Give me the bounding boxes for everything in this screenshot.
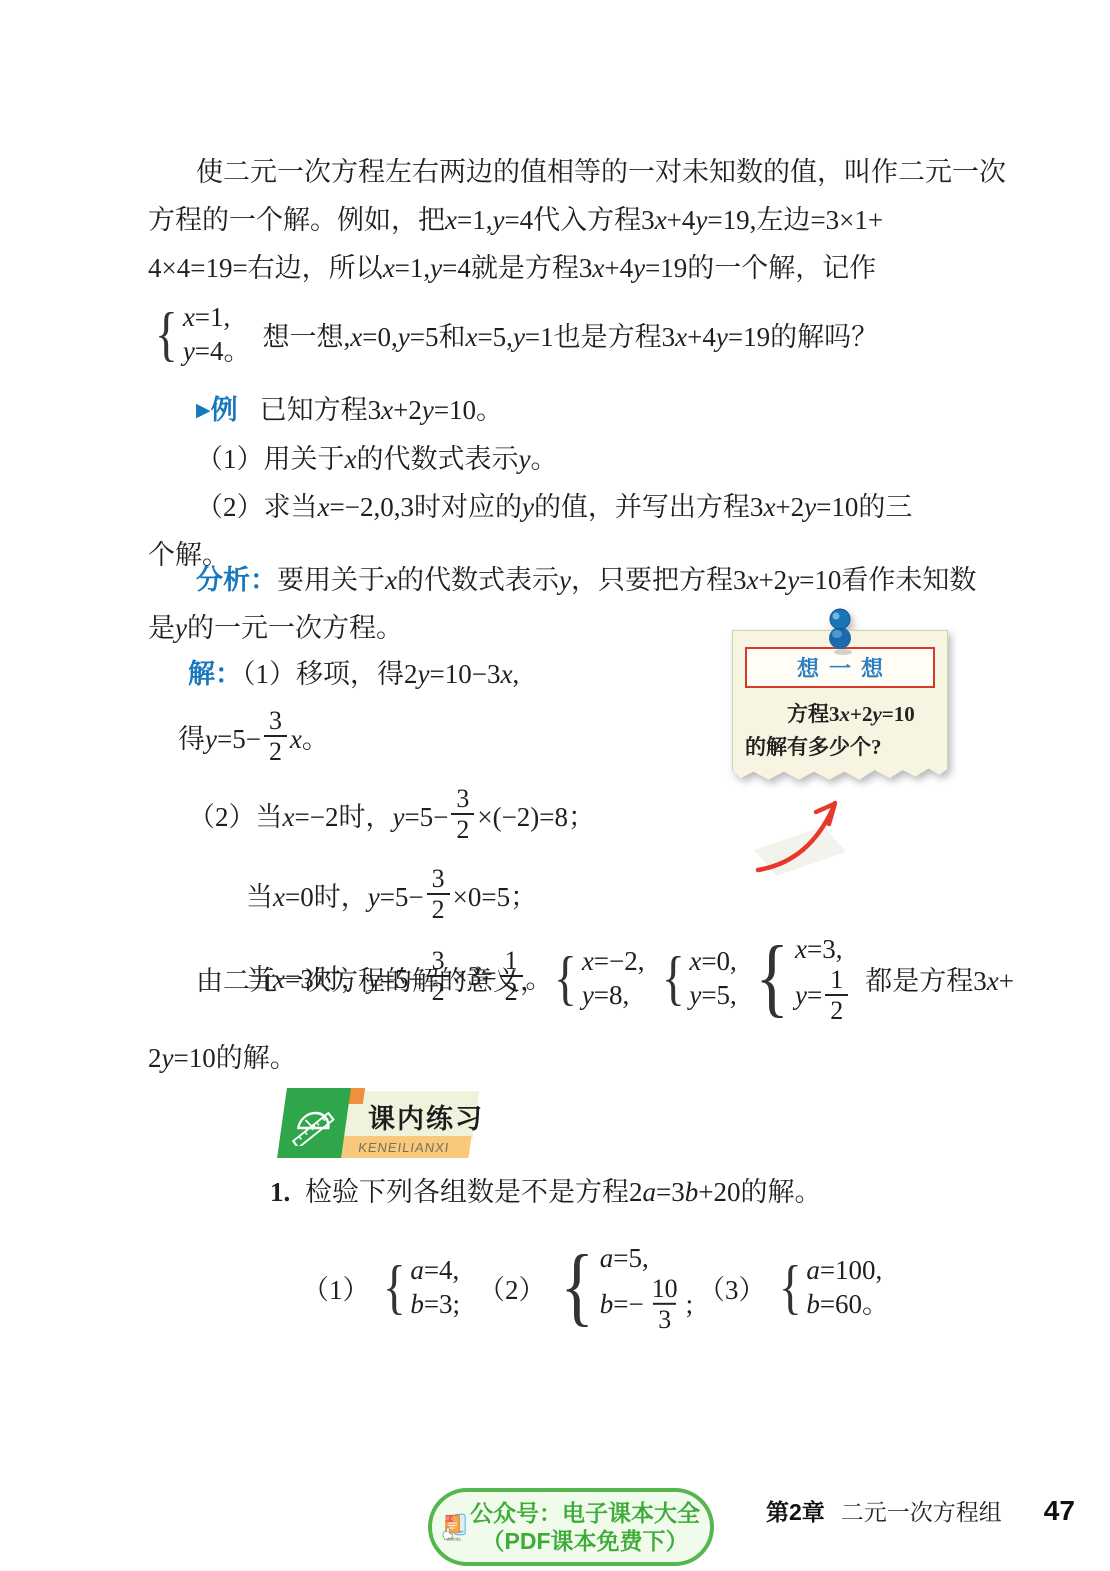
analysis-line-1: 分析：要用关于x的代数式表示y，只要把方程3x+2y=10看作未知数 [148, 556, 988, 604]
equation-system: x=3, y= 12 [751, 932, 851, 1024]
fraction-3-2: 32 [451, 785, 474, 843]
think-note: 想一想 方程3x+2y=10 的解有多少个? [732, 630, 948, 791]
example-heading: ▶例已知方程3x+2y=10。 [148, 386, 988, 435]
chapter-label: 第2章 [766, 1494, 825, 1527]
analysis-label: 分析： [196, 565, 277, 595]
example-marker-icon: ▶ [196, 400, 211, 421]
paragraph-text: 想一想,x=0,y=5和x=5,y=1也是方程3x+4y=19的解吗？ [263, 315, 879, 354]
fraction-1-2: 12 [825, 966, 848, 1024]
wechat-account-badge: 语文 dzkbdq 公众号：电子课本大全 （PDF课本免费下） [428, 1488, 714, 1566]
ebook-hand-icon: 语文 dzkbdq [440, 1495, 470, 1559]
protractor-ruler-icon [288, 1100, 340, 1146]
wechat-badge-text: 公众号：电子课本大全 （PDF课本免费下） [470, 1499, 700, 1555]
example-marker: 例 [211, 395, 238, 425]
left-brace [554, 948, 577, 1008]
paragraph-line: 方程的一个解。例如，把x=1,y=4代入方程3x+4y=19,左边=3×1+ [148, 196, 978, 244]
problem-1-text: 1. 检验下列各组数是不是方程2a=3b+20的解。 [252, 1168, 1012, 1216]
equation-system: x=1, y=4。 [152, 300, 251, 368]
paragraph-line: 4×4=19=右边，所以x=1,y=4就是方程3x+4y=19的一个解，记作 [148, 244, 978, 292]
left-brace [382, 1257, 405, 1317]
problem-1: 1. 检验下列各组数是不是方程2a=3b+20的解。 （1） a=4, b=3;… [252, 1168, 1012, 1352]
practice-title: 课内练习 [368, 1097, 484, 1136]
fraction-10-3: 103 [647, 1275, 683, 1333]
badge-subtitle-strip: KENEILIANXI [336, 1136, 471, 1158]
svg-text:dzkbdq: dzkbdq [447, 1537, 462, 1542]
red-arrow-icon [746, 788, 886, 888]
example-block: ▶例已知方程3x+2y=10。 （1）用关于x的代数式表示y。 （2）求当x=−… [148, 386, 988, 579]
left-brace [560, 1243, 594, 1331]
conclusion-block: 由二元一次方程的解的意义， x=−2, y=8, x=0, y=5, x=3, [148, 922, 1028, 1082]
left-brace [778, 1257, 801, 1317]
intro-paragraph: 使二元一次方程左右两边的值相等的一对未知数的值，叫作二元一次 方程的一个解。例如… [148, 148, 978, 376]
paragraph-line: 使二元一次方程左右两边的值相等的一对未知数的值，叫作二元一次 [148, 148, 978, 196]
left-brace [661, 948, 684, 1008]
example-intro: 已知方程3x+2y=10。 [260, 395, 503, 425]
footer-chapter-info: 第2章 二元一次方程组 47 [766, 1494, 1075, 1527]
solution-label: 解： [188, 659, 242, 689]
chapter-title: 二元一次方程组 [841, 1494, 1002, 1527]
fraction-3-2: 32 [264, 707, 287, 765]
conclusion-line-1: 由二元一次方程的解的意义， x=−2, y=8, x=0, y=5, x=3, [148, 922, 1028, 1034]
equation-system: x=0, y=5, [659, 944, 737, 1012]
note-body: 方程3x+2y=10 的解有多少个? [733, 694, 947, 764]
svg-text:语文: 语文 [445, 1515, 454, 1522]
example-item-1: （1）用关于x的代数式表示y。 [148, 435, 988, 483]
problem-1-systems: （1） a=4, b=3; （2） a=5, b=− [252, 1222, 1012, 1352]
pushpin-icon [823, 608, 857, 656]
practice-subtitle: KENEILIANXI [357, 1140, 450, 1155]
answer-set-1: （1） a=4, b=3; [302, 1253, 464, 1321]
conclusion-line-2: 2y=10的解。 [148, 1034, 1028, 1082]
answer-set-2: （2） a=5, b=− 103 ; [478, 1241, 697, 1333]
paragraph-line-with-system: x=1, y=4。 想一想,x=0,y=5和x=5,y=1也是方程3x+4y=1… [148, 292, 978, 376]
left-brace [155, 304, 178, 364]
page-number: 47 [1044, 1495, 1075, 1527]
problem-number: 1. [270, 1177, 290, 1207]
badge-green-panel [277, 1088, 351, 1158]
equation-system: x=−2, y=8, [551, 944, 645, 1012]
practice-section-badge: KENEILIANXI 课内练习 [276, 1088, 481, 1158]
equation-system: a=4, b=3; [380, 1253, 461, 1321]
equation-system: a=5, b=− 103 ; [556, 1241, 694, 1333]
equation-system: a=100, b=60。 [776, 1253, 890, 1321]
fraction-3-2: 32 [427, 865, 450, 923]
textbook-page: 使二元一次方程左右两边的值相等的一对未知数的值，叫作二元一次 方程的一个解。例如… [0, 0, 1110, 1571]
example-item-2: （2）求当x=−2,0,3时对应的y的值，并写出方程3x+2y=10的三 [148, 483, 988, 531]
left-brace [755, 934, 789, 1022]
answer-set-3: （3） a=100, b=60。 [698, 1253, 893, 1321]
